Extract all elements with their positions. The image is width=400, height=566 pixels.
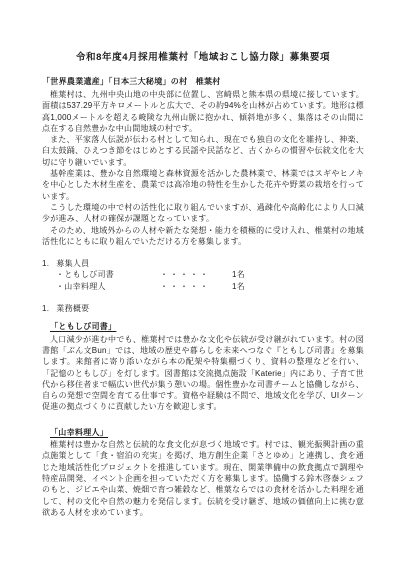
leader-dots: ・・・・・ — [160, 281, 232, 292]
role-body-librarian: 人口減少が進む中でも、椎葉村では豊かな文化や伝統が受け継がれています。村の図書館… — [42, 334, 364, 413]
intro-paragraph: また、平家落人伝説が伝わる村として知られ、現在でも独自の文化を維持し、神楽、臼太… — [42, 134, 364, 168]
intro-paragraph: こうした環境の中で村の活性化に取り組んでいますが、過疎化や高齢化により人口減少が… — [42, 202, 364, 225]
role-body-chef: 椎葉村は豊かな自然と伝統的な食文化が息づく地域です。村では、観光振興計画の重点施… — [42, 439, 364, 518]
recruitment-count: 1名 — [232, 269, 245, 280]
recruitment-count: 1名 — [232, 281, 245, 292]
intro-section: 「世界農業遺産」「日本三大秘境」の村 椎葉村 椎葉村は、九州中央山地の中央部に位… — [42, 76, 364, 247]
recruitment-role-label: ・山幸料理人 — [56, 281, 160, 292]
recruitment-role-label: ・ともしび司書 — [56, 269, 160, 280]
recruitment-row: ・山幸料理人 ・・・・・ 1名 — [56, 281, 364, 292]
duties-heading-label: 業務概要 — [56, 303, 89, 314]
document-page: 令和8年度4月採用椎葉村「地域おこし協力隊」募集要項 「世界農業遺産」「日本三大… — [0, 0, 400, 566]
duties-heading: 1. 業務概要 — [42, 303, 364, 314]
duties-number: 1. — [42, 303, 49, 314]
intro-heading: 「世界農業遺産」「日本三大秘境」の村 椎葉村 — [42, 76, 364, 87]
recruitment-section: 1. 募集人員 ・ともしび司書 ・・・・・ 1名 ・山幸料理人 ・・・・・ 1名 — [42, 258, 364, 292]
document-title: 令和8年度4月採用椎葉村「地域おこし協力隊」募集要項 — [42, 49, 364, 63]
recruitment-heading: 1. 募集人員 — [42, 258, 364, 269]
recruitment-list: ・ともしび司書 ・・・・・ 1名 ・山幸料理人 ・・・・・ 1名 — [56, 269, 364, 292]
intro-paragraph: そのため、地域外からの人材や新たな発想・能力を積極的に受け入れ、椎葉村の地域活性… — [42, 225, 364, 248]
recruitment-row: ・ともしび司書 ・・・・・ 1名 — [56, 269, 364, 280]
intro-paragraph: 基幹産業は、豊かな自然環境と森林資源を活かした農林業で、林業ではスギやヒノキを中… — [42, 168, 364, 202]
intro-paragraph: 椎葉村は、九州中央山地の中央部に位置し、宮崎県と熊本県の県境に接しています。面積… — [42, 89, 364, 134]
role-librarian: 「ともしび司書」 人口減少が進む中でも、椎葉村では豊かな文化や伝統が受け継がれて… — [42, 319, 364, 412]
role-chef: 「山幸料理人」 椎葉村は豊かな自然と伝統的な食文化が息づく地域です。村では、観光… — [42, 425, 364, 518]
recruitment-heading-label: 募集人員 — [56, 258, 89, 269]
role-title-librarian: 「ともしび司書」 — [50, 321, 116, 332]
role-title-chef: 「山幸料理人」 — [50, 427, 108, 438]
leader-dots: ・・・・・ — [160, 269, 232, 280]
duties-section: 1. 業務概要 「ともしび司書」 人口減少が進む中でも、椎葉村では豊かな文化や伝… — [42, 303, 364, 518]
recruitment-number: 1. — [42, 258, 49, 269]
